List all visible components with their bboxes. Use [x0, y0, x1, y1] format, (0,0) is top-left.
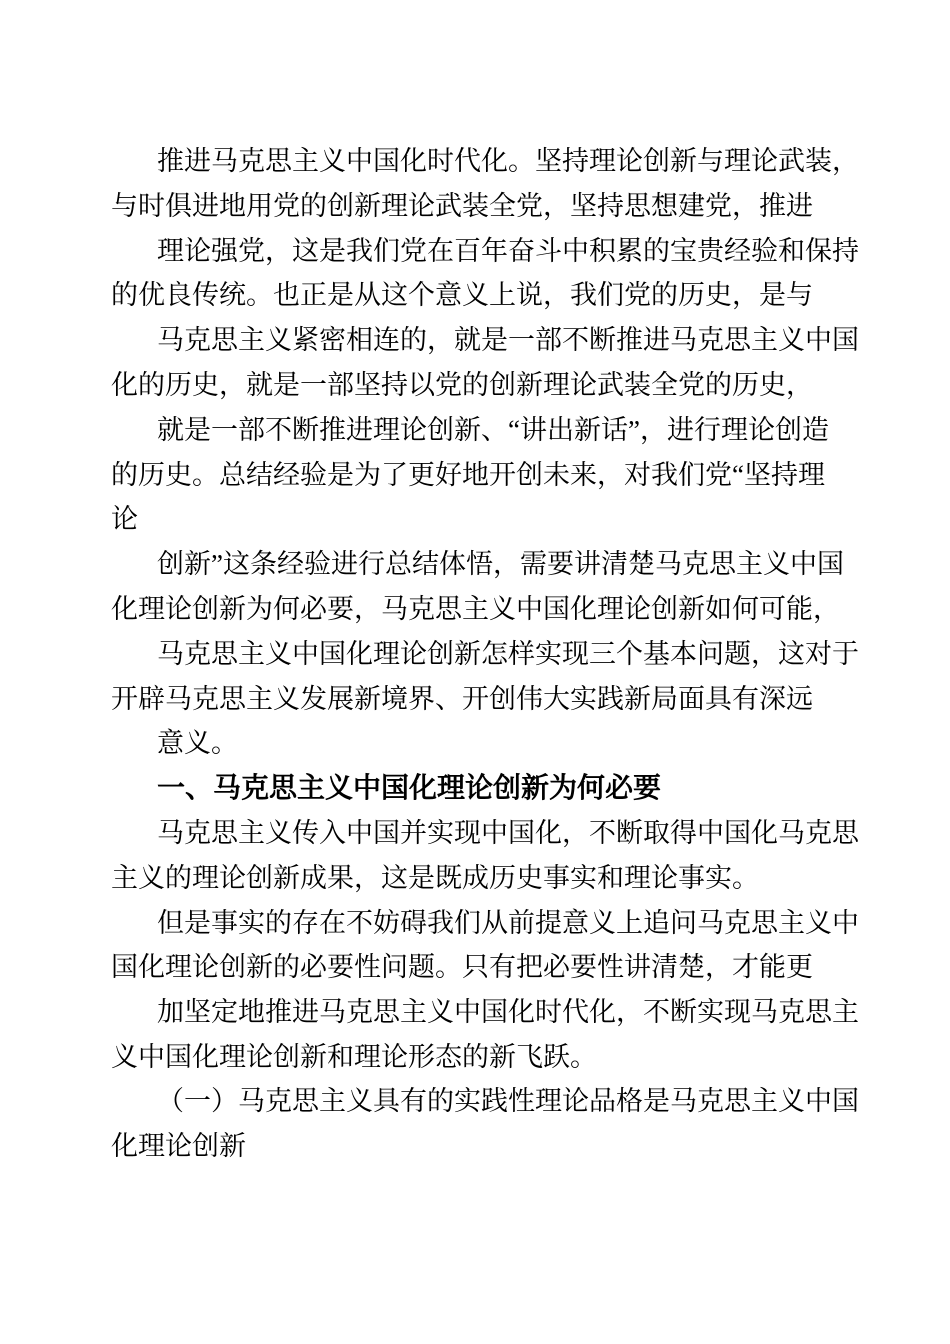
section-heading: 一、马克思主义中国化理论创新为何必要	[111, 766, 841, 811]
document-page: 推进马克思主义中国化时代化。坚持理论创新与理论武装， 与时俱进地用党的创新理论武…	[0, 0, 950, 1344]
body-line: 的优良传统。也正是从这个意义上说，我们党的历史，是与	[111, 273, 841, 318]
body-line: 开辟马克思主义发展新境界、开创伟大实践新局面具有深远	[111, 677, 841, 722]
body-line: 马克思主义紧密相连的，就是一部不断推进马克思主义中国	[111, 318, 841, 363]
body-line: 国化理论创新的必要性问题。只有把必要性讲清楚，才能更	[111, 945, 841, 990]
body-line: 化理论创新为何必要，马克思主义中国化理论创新如何可能，	[111, 587, 841, 632]
body-line: 加坚定地推进马克思主义中国化时代化，不断实现马克思主	[111, 990, 841, 1035]
body-line: 创新”这条经验进行总结体悟，需要讲清楚马克思主义中国	[111, 542, 841, 587]
body-line: 义中国化理论创新和理论形态的新飞跃。	[111, 1035, 841, 1080]
subsection-heading: （一）马克思主义具有的实践性理论品格是马克思主义中国	[111, 1080, 841, 1125]
body-line: 马克思主义传入中国并实现中国化，不断取得中国化马克思	[111, 811, 841, 856]
body-line: 的历史。总结经验是为了更好地开创未来，对我们党“坚持理	[111, 453, 841, 498]
body-line: 主义的理论创新成果，这是既成历史事实和理论事实。	[111, 856, 841, 901]
subsection-heading-continuation: 化理论创新	[111, 1125, 841, 1170]
body-line: 但是事实的存在不妨碍我们从前提意义上追问马克思主义中	[111, 901, 841, 946]
body-line: 化的历史，就是一部坚持以党的创新理论武装全党的历史，	[111, 363, 841, 408]
body-line: 就是一部不断推进理论创新、“讲出新话”，进行理论创造	[111, 408, 841, 453]
body-line: 马克思主义中国化理论创新怎样实现三个基本问题，这对于	[111, 632, 841, 677]
body-line: 理论强党，这是我们党在百年奋斗中积累的宝贵经验和保持	[111, 229, 841, 274]
body-line-orphan: 论	[111, 497, 841, 542]
body-line: 与时俱进地用党的创新理论武装全党，坚持思想建党，推进	[111, 184, 841, 229]
body-line: 意义。	[111, 721, 841, 766]
text-block: 推进马克思主义中国化时代化。坚持理论创新与理论武装， 与时俱进地用党的创新理论武…	[111, 139, 841, 1169]
body-line: 推进马克思主义中国化时代化。坚持理论创新与理论武装，	[111, 139, 841, 184]
